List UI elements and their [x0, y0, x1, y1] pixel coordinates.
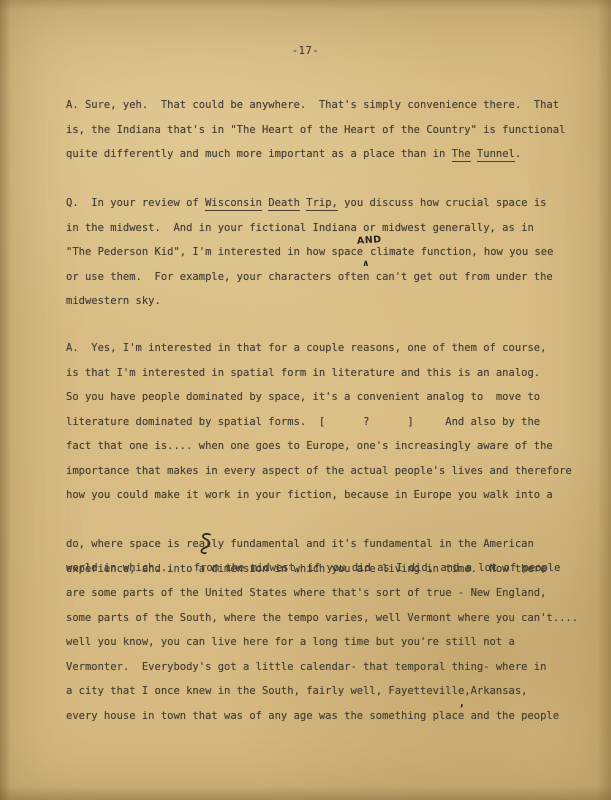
underlined-title: Trip, [306, 197, 338, 211]
text-line: importance that makes in every aspect of… [66, 459, 593, 484]
typed-text: quite differently and much more importan… [66, 148, 452, 160]
typed-text: midwestern sky. [66, 295, 161, 307]
underlined-title: Tunnel [477, 148, 515, 162]
text-line: "The Pederson Kid", I'm interested in ho… [66, 240, 593, 265]
typed-text: "The Pederson Kid", I'm interested in ho… [66, 246, 363, 258]
underlined-title: Wisconsin [205, 197, 262, 211]
underlined-title: The [452, 148, 471, 162]
typed-text [471, 148, 477, 160]
text-line: every house in town that was of any age … [66, 704, 593, 729]
typed-text: you discuss how crucial space is [338, 197, 547, 209]
typed-text: some parts of the South, where the tempo… [66, 612, 578, 624]
typed-text: in the midwest. And in your fictional In… [66, 222, 534, 234]
typed-text: So you have people dominated by space, i… [66, 391, 540, 403]
typewritten-interview-page: -17- A. Sure, yeh. That could be anywher… [0, 0, 611, 800]
typed-text: A. Sure, yeh. That could be anywhere. Th… [66, 99, 559, 111]
typed-text: ,Arkansas, [464, 685, 527, 697]
text-line: a city that I once knew in the South, fa… [66, 679, 593, 704]
handwritten-word-and: AND [356, 228, 382, 254]
typed-text: how you could make it work in your ficti… [66, 489, 553, 501]
text-line: literature dominated by spatial forms. [… [66, 410, 593, 435]
paragraph-answer-2: A. Yes, I'm interested in that for a cou… [66, 336, 593, 728]
typed-text: do, where space is really fundamental an… [66, 538, 534, 550]
text-line: are some parts of the United States wher… [66, 581, 593, 606]
insertion-caret-mark: ∧ [362, 252, 369, 277]
text-line: A. Yes, I'm interested in that for a cou… [66, 336, 593, 361]
text-line: is, the Indiana that's in "The Heart of … [66, 118, 593, 143]
typed-text: is, the Indiana that's in "The Heart of … [66, 124, 565, 136]
text-line: So you have people dominated by space, i… [66, 385, 593, 410]
typed-text: climate function, how you see [370, 246, 553, 258]
typed-text: e, [458, 685, 464, 697]
text-line: is that I'm interested in spatial form i… [66, 361, 593, 386]
typed-text: . [515, 148, 521, 160]
page-number: -17- [0, 45, 611, 57]
text-line: midwestern sky. [66, 289, 593, 314]
typed-text: every house in town that was of any age … [66, 710, 559, 722]
typed-text: or use them. For example, your character… [66, 271, 553, 283]
typed-text: Q. In your review of [66, 197, 205, 209]
text-line: Vermonter. Everybody's got a little cale… [66, 655, 593, 680]
text-line: some parts of the South, where the tempo… [66, 606, 593, 631]
paragraph-answer-1: A. Sure, yeh. That could be anywhere. Th… [66, 93, 593, 167]
typed-text: well you know, you can live here for a l… [66, 636, 515, 648]
text-line: well you know, you can live here for a l… [66, 630, 593, 655]
text-line: A. Sure, yeh. That could be anywhere. Th… [66, 93, 593, 118]
text-line: world in which... from the midwest, if y… [66, 508, 593, 533]
text-line: fact that one is.... when one goes to Eu… [66, 434, 593, 459]
text-line: quite differently and much more importan… [66, 142, 593, 167]
typed-text: experience, and into a dimension in whic… [66, 563, 546, 575]
handwritten-comma-mark: , [460, 692, 464, 717]
typed-text: is that I'm interested in spatial form i… [66, 367, 540, 379]
typed-text: A. Yes, I'm interested in that for a cou… [66, 342, 546, 354]
text-line: or use them. For example, your character… [66, 265, 593, 290]
handwritten-insertion: AND∧ [363, 245, 370, 255]
text-line: do, where space is really fundamental an… [66, 532, 593, 557]
handwritten-squiggle-mark [173, 508, 186, 532]
text-line: Q. In your review of Wisconsin Death Tri… [66, 191, 593, 216]
underlined-title: Death [268, 197, 300, 211]
paragraph-question-1: Q. In your review of Wisconsin Death Tri… [66, 191, 593, 314]
text-line: how you could make it work in your ficti… [66, 483, 593, 508]
typed-text: a city that I once knew in the South, fa… [66, 685, 458, 697]
typed-text: Vermonter. Everybody's got a little cale… [66, 661, 546, 673]
text-line: in the midwest. And in your fictional In… [66, 216, 593, 241]
typed-text: fact that one is.... when one goes to Eu… [66, 440, 553, 452]
typed-text: are some parts of the United States wher… [66, 587, 546, 599]
typed-text: literature dominated by spatial forms. [… [66, 416, 540, 428]
typed-text: importance that makes in every aspect of… [66, 465, 572, 477]
text-line: experience, and into a dimension in whic… [66, 557, 593, 582]
